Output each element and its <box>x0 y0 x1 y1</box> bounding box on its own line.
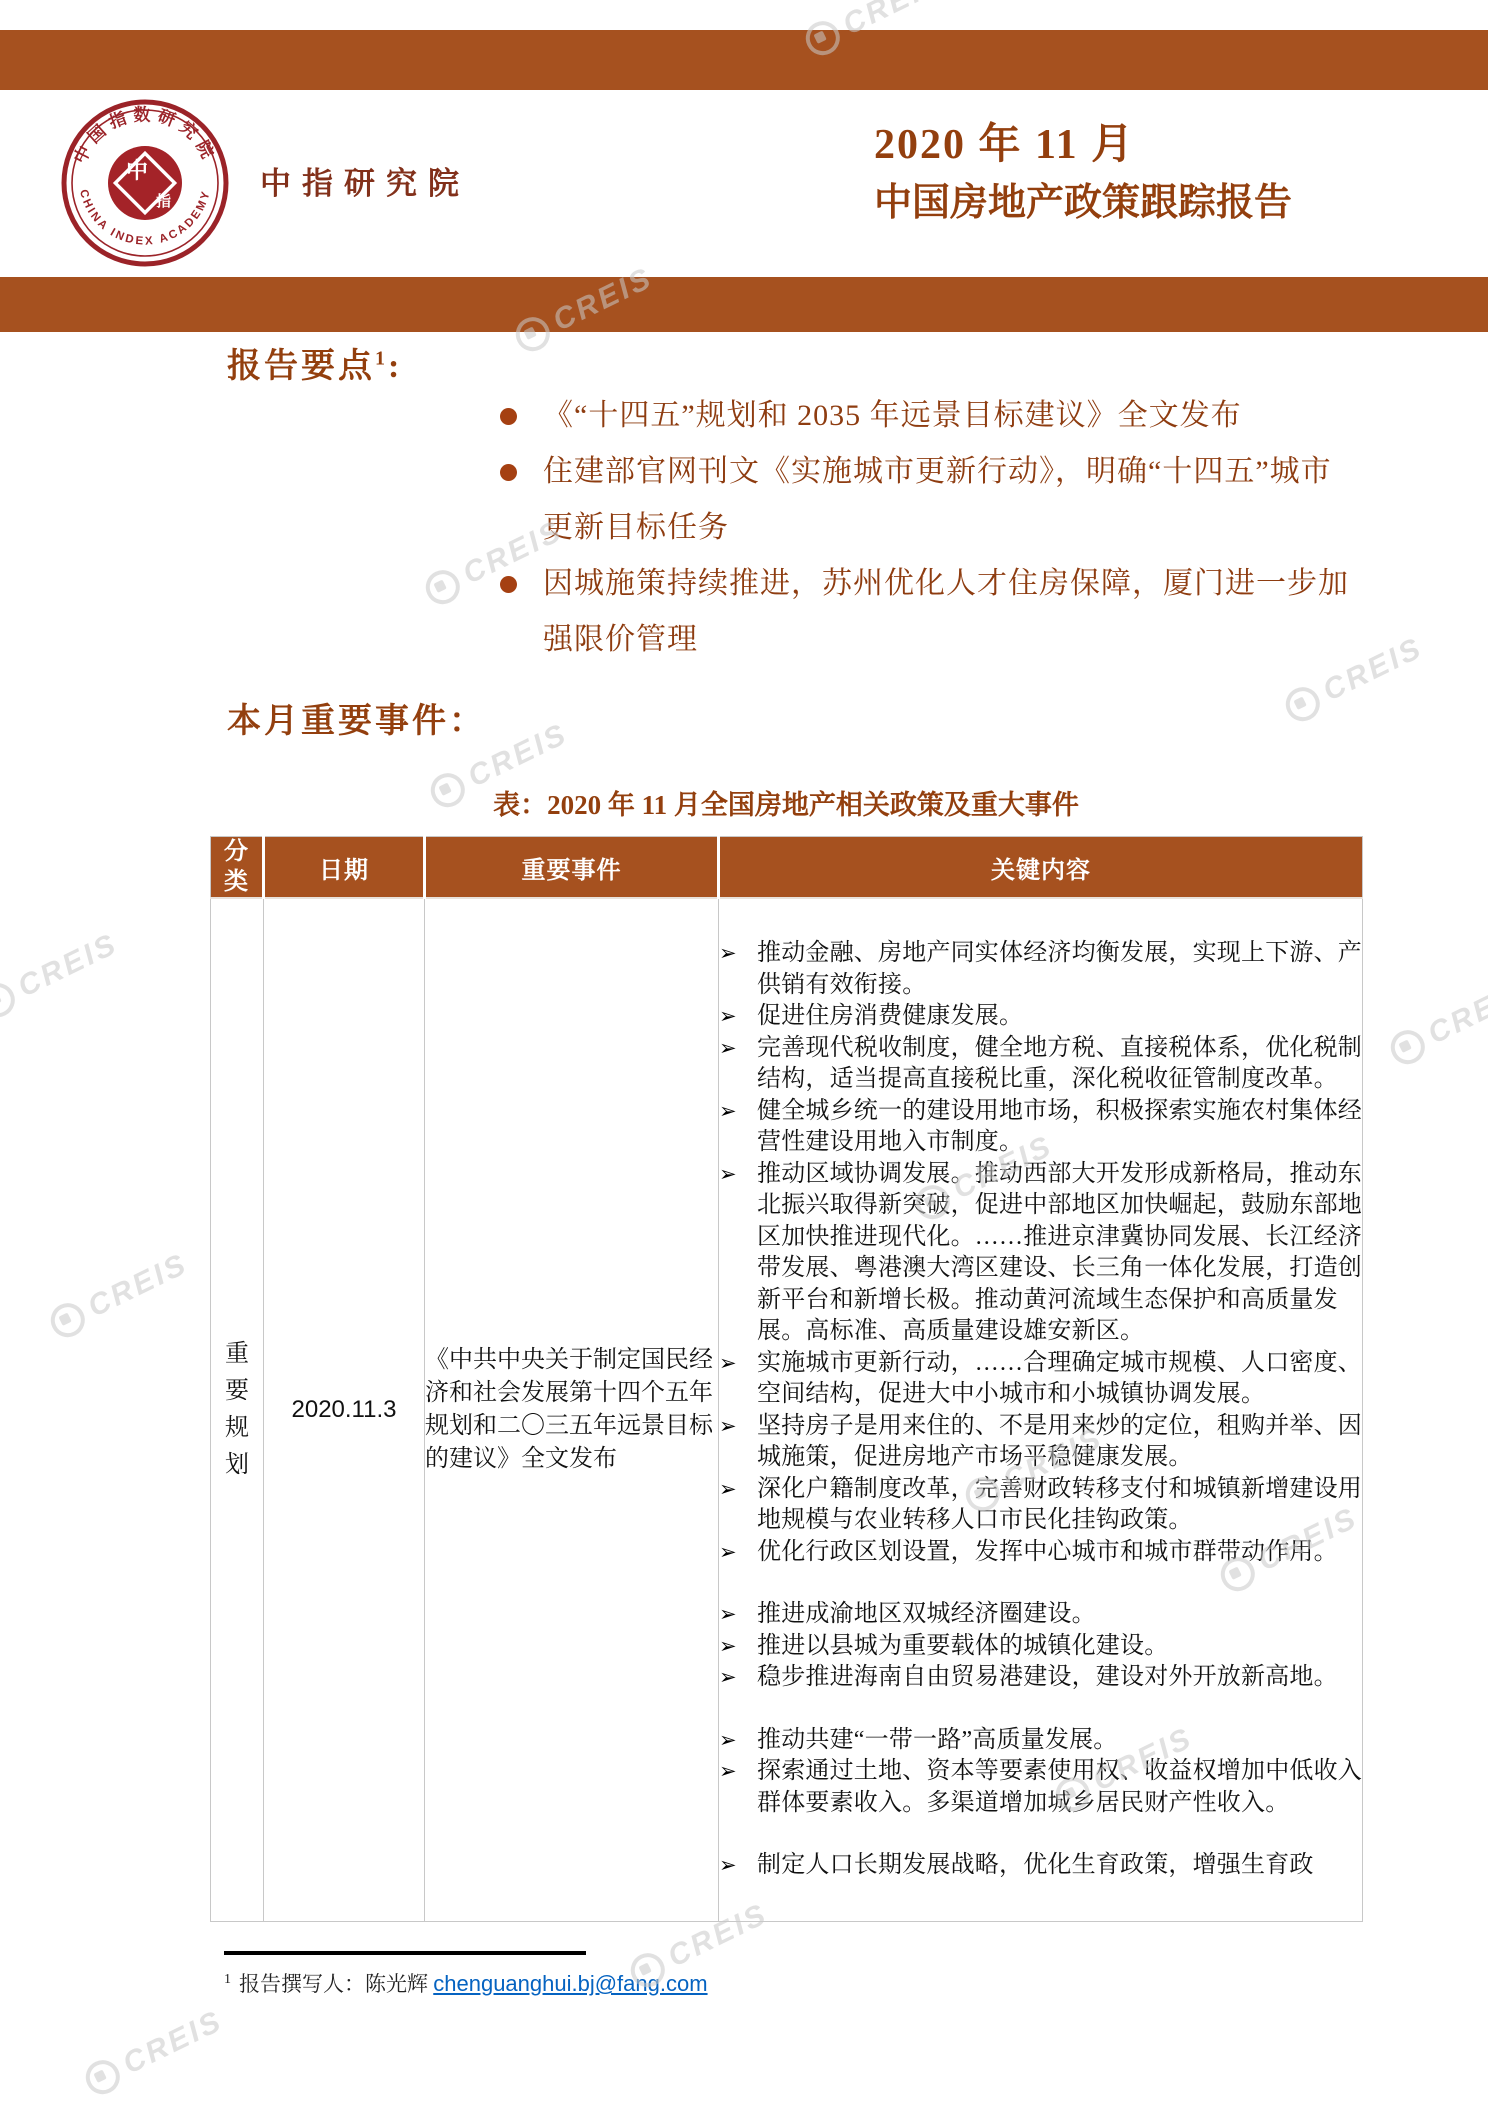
creis-watermark-icon <box>0 977 21 1022</box>
key-content-cell: ➢推动金融、房地产同实体经济均衡发展，实现上下游、产供销有效衔接。➢促进住房消费… <box>719 898 1363 1922</box>
bullet-dot-icon <box>500 576 517 593</box>
key-content-item: ➢实施城市更新行动，……合理确定城市规模、人口密度、空间结构，促进大中小城市和小… <box>719 1348 1362 1411</box>
footnote-separator <box>224 1951 586 1955</box>
column-header-event: 重要事件 <box>425 837 719 899</box>
key-content-list: ➢推动金融、房地产同实体经济均衡发展，实现上下游、产供销有效衔接。➢促进住房消费… <box>719 938 1362 1882</box>
creis-watermark-icon <box>45 1297 90 1342</box>
creis-watermark-icon <box>1225 224 1270 269</box>
creis-watermark-icon <box>1385 1024 1430 1069</box>
creis-watermark-icon <box>80 2054 125 2099</box>
monthly-events-heading: 本月重要事件： <box>227 693 486 742</box>
table-title: 表：2020 年 11 月全国房地产相关政策及重大事件 <box>210 783 1362 822</box>
china-index-academy-logo-icon: 中国指数研究院 CHINA INDEX ACADEMY 中 指 <box>60 98 230 268</box>
key-content-item: ➢促进住房消费健康发展。 <box>719 1001 1362 1033</box>
report-title-line1: 2020 年 11 月 <box>874 120 1292 170</box>
org-name: 中指研究院 <box>260 158 470 203</box>
arrow-bullet-icon: ➢ <box>719 1033 737 1065</box>
event-cell: 《中共中央关于制定国民经济和社会发展第十四个五年规划和二〇三五年远景目标的建议》… <box>425 898 719 1922</box>
key-content-item: ➢稳步推进海南自由贸易港建设，建设对外开放新高地。 <box>719 1662 1362 1694</box>
logo-center-sub-char: 指 <box>155 193 171 210</box>
arrow-bullet-icon: ➢ <box>719 1850 737 1882</box>
key-content-item: ➢推进成渝地区双城经济圈建设。 <box>719 1599 1362 1631</box>
highlights-heading: 报告要点1: <box>227 338 402 387</box>
column-header-date: 日期 <box>264 837 425 899</box>
highlights-heading-text: 报告要点 <box>227 348 375 385</box>
arrow-bullet-icon: ➢ <box>719 1474 737 1506</box>
report-title: 2020 年 11 月 中国房地产政策跟踪报告 <box>874 120 1292 226</box>
arrow-bullet-icon: ➢ <box>719 1725 737 1757</box>
arrow-bullet-icon: ➢ <box>719 1096 737 1128</box>
creis-watermark-icon <box>1280 681 1325 726</box>
footnote-number: 1 <box>224 1972 231 1987</box>
arrow-bullet-icon: ➢ <box>719 1348 737 1380</box>
key-content-item: ➢推动区域协调发展。推动西部大开发形成新格局，推动东北振兴取得新突破，促进中部地… <box>719 1159 1362 1348</box>
key-content-item: ➢制定人口长期发展战略，优化生育政策，增强生育政 <box>719 1850 1362 1882</box>
bullet-dot-icon <box>500 408 517 425</box>
highlight-item: 因城施策持续推进，苏州优化人才住房保障，厦门进一步加强限价管理 <box>500 556 1356 668</box>
logo-center-main-char: 中 <box>126 158 148 183</box>
arrow-bullet-icon: ➢ <box>719 1001 737 1033</box>
report-page: 中国指数研究院 CHINA INDEX ACADEMY 中 指 中指研究院 20… <box>0 0 1488 2104</box>
key-content-item: ➢优化行政区划设置，发挥中心城市和城市群带动作用。 <box>719 1537 1362 1569</box>
arrow-bullet-icon: ➢ <box>719 1411 737 1443</box>
footnote: 1报告撰写人：陈光辉 chenguanghui.bj@fang.com <box>224 1968 708 1998</box>
creis-watermark-text: CREIS <box>118 2004 229 2081</box>
date-cell: 2020.11.3 <box>264 898 425 1922</box>
category-cell: 重要规划 <box>211 898 264 1922</box>
footnote-email-link[interactable]: chenguanghui.bj@fang.com <box>433 1971 707 1996</box>
key-content-item: ➢推动金融、房地产同实体经济均衡发展，实现上下游、产供销有效衔接。 <box>719 938 1362 1001</box>
column-header-key-content: 关键内容 <box>719 837 1363 899</box>
highlight-item: 《“十四五”规划和 2035 年远景目标建议》全文发布 <box>500 388 1356 444</box>
creis-watermark-text: CREIS <box>13 927 124 1004</box>
report-title-line2: 中国房地产政策跟踪报告 <box>874 180 1292 226</box>
arrow-bullet-icon: ➢ <box>719 1159 737 1191</box>
key-content-item: ➢完善现代税收制度，健全地方税、直接税体系，优化税制结构，适当提高直接税比重，深… <box>719 1033 1362 1096</box>
key-content-item: ➢健全城乡统一的建设用地市场，积极探索实施农村集体经营性建设用地入市制度。 <box>719 1096 1362 1159</box>
arrow-bullet-icon: ➢ <box>719 1631 737 1663</box>
arrow-bullet-icon: ➢ <box>719 1537 737 1569</box>
highlight-item: 住建部官网刊文《实施城市更新行动》，明确“十四五”城市更新目标任务 <box>500 444 1356 556</box>
key-content-item: ➢推进以县城为重要载体的城镇化建设。 <box>719 1631 1362 1663</box>
key-content-item: ➢探索通过土地、资本等要素使用权、收益权增加中低收入群体要素收入。多渠道增加城乡… <box>719 1756 1362 1819</box>
header-bar-top <box>0 30 1488 90</box>
header-bar-bottom <box>0 277 1488 332</box>
creis-watermark: CREIS <box>1385 974 1488 1070</box>
creis-watermark: CREIS <box>80 2004 229 2100</box>
footnote-label: 报告撰写人：陈光辉 <box>239 1972 433 1996</box>
arrow-bullet-icon: ➢ <box>719 1599 737 1631</box>
key-content-item: ➢坚持房子是用来住的、不是用来炒的定位，租购并举、因城施策，促进房地产市场平稳健… <box>719 1411 1362 1474</box>
table-row: 重要规划 2020.11.3 《中共中央关于制定国民经济和社会发展第十四个五年规… <box>211 898 1363 1922</box>
arrow-bullet-icon: ➢ <box>719 1662 737 1694</box>
key-content-item: ➢推动共建“一带一路”高质量发展。 <box>719 1725 1362 1757</box>
events-table: 分类 日期 重要事件 关键内容 重要规划 2020.11.3 《中共中央关于制定… <box>210 836 1363 1922</box>
arrow-bullet-icon: ➢ <box>719 938 737 970</box>
highlights-list: 《“十四五”规划和 2035 年远景目标建议》全文发布住建部官网刊文《实施城市更… <box>500 388 1356 668</box>
creis-watermark-text: CREIS <box>1423 974 1488 1051</box>
arrow-bullet-icon: ➢ <box>719 1756 737 1788</box>
key-content-item: ➢深化户籍制度改革，完善财政转移支付和城镇新增建设用地规模与农业转移人口市民化挂… <box>719 1474 1362 1537</box>
creis-watermark-text: CREIS <box>83 1247 194 1324</box>
creis-watermark: CREIS <box>0 927 124 1023</box>
bullet-dot-icon <box>500 464 517 481</box>
creis-watermark-icon <box>420 564 465 609</box>
creis-watermark: CREIS <box>45 1247 194 1343</box>
highlights-heading-footnote-ref: 1 <box>375 348 388 370</box>
column-header-category: 分类 <box>211 837 264 899</box>
table-header-row: 分类 日期 重要事件 关键内容 <box>211 837 1363 899</box>
